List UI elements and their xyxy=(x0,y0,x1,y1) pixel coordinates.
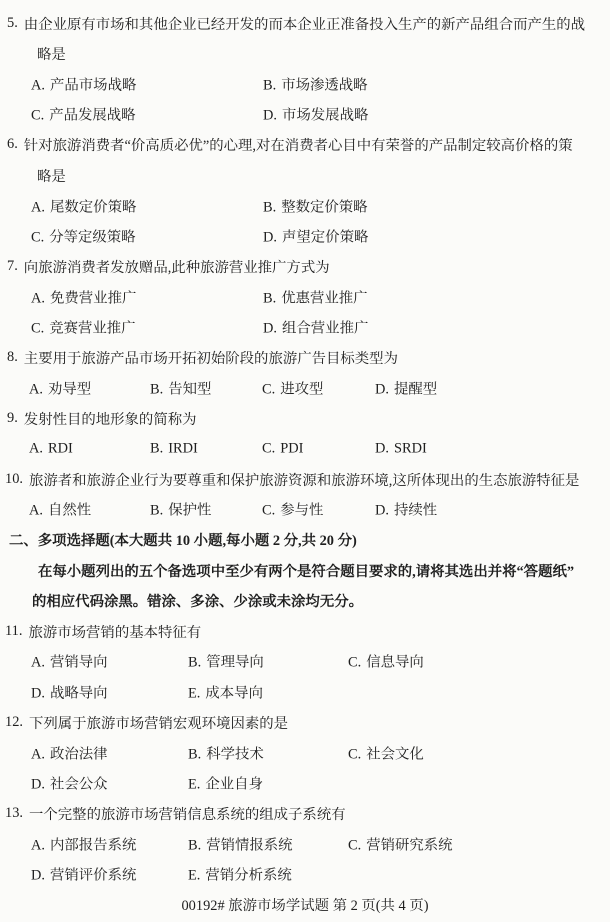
option-label: A. xyxy=(31,199,45,215)
question-11-stem: 11.旅游市场营销的基本特征有 xyxy=(0,616,610,646)
question-12-option-b: B.科学技术 xyxy=(188,742,264,763)
question-7-options-row-2: C.竞赛营业推广 D.组合营业推广 xyxy=(0,312,610,342)
option-text: 营销导向 xyxy=(50,655,108,671)
option-text: 优惠营业推广 xyxy=(281,290,367,306)
question-12-options-row-2: D.社会公众 E.企业自身 xyxy=(0,768,610,798)
question-12-text: 下列属于旅游市场营销宏观环境因素的是 xyxy=(29,712,288,733)
option-text: 保护性 xyxy=(168,503,211,519)
option-text: 营销评价系统 xyxy=(50,868,136,884)
option-text: 市场发展战略 xyxy=(282,108,368,124)
question-6-option-b: B.整数定价策略 xyxy=(263,195,368,216)
question-7-option-c: C.竞赛营业推广 xyxy=(31,317,136,338)
question-9-number: 9. xyxy=(7,410,18,427)
question-13-options-row-2: D.营销评价系统 E.营销分析系统 xyxy=(0,859,610,889)
option-text: 科学技术 xyxy=(206,746,264,762)
question-5-options-row-2: C.产品发展战略 D.市场发展战略 xyxy=(0,99,610,129)
option-label: C. xyxy=(348,746,361,762)
option-text: 企业自身 xyxy=(205,776,263,792)
option-label: D. xyxy=(263,229,277,245)
option-label: C. xyxy=(31,108,44,124)
option-label: A. xyxy=(29,440,43,456)
question-11-option-c: C.信息导向 xyxy=(348,651,424,672)
question-6-options-row-1: A.尾数定价策略 B.整数定价策略 xyxy=(0,190,610,220)
question-8-number: 8. xyxy=(7,349,18,366)
question-6-text-line2: 略是 xyxy=(37,165,66,186)
option-text: 告知型 xyxy=(168,381,211,397)
question-7-option-b: B.优惠营业推广 xyxy=(263,286,368,307)
question-5-text: 由企业原有市场和其他企业已经开发的而本企业正准备投入生产的新产品组合而产生的战 xyxy=(24,13,585,34)
option-label: B. xyxy=(263,290,276,306)
option-label: C. xyxy=(348,655,361,671)
question-10-option-d: D.持续性 xyxy=(375,499,437,520)
question-13-option-c: C.营销研究系统 xyxy=(348,833,453,854)
option-label: A. xyxy=(31,746,45,762)
question-10-option-a: A.自然性 xyxy=(29,499,91,520)
question-12-option-d: D.社会公众 xyxy=(31,772,108,793)
question-10-options-row: A.自然性 B.保护性 C.参与性 D.持续性 xyxy=(0,494,610,524)
option-text: 社会公众 xyxy=(50,776,108,792)
question-9-option-a: A.RDI xyxy=(29,440,73,457)
option-text: 提醒型 xyxy=(394,381,437,397)
option-text: 进攻型 xyxy=(280,381,323,397)
question-8-option-c: C.进攻型 xyxy=(262,377,323,398)
option-text: IRDI xyxy=(168,440,198,456)
option-text: 持续性 xyxy=(394,503,437,519)
option-text: 社会文化 xyxy=(366,746,424,762)
option-text: 营销情报系统 xyxy=(206,837,292,853)
option-text: 尾数定价策略 xyxy=(50,199,136,215)
option-text: 组合营业推广 xyxy=(282,321,368,337)
question-9-option-c: C.PDI xyxy=(262,440,303,457)
option-label: A. xyxy=(29,503,43,519)
question-9-stem: 9.发射性目的地形象的简称为 xyxy=(0,403,610,433)
option-label: D. xyxy=(375,440,389,456)
option-label: A. xyxy=(31,77,45,93)
question-11-options-row-2: D.战略导向 E.成本导向 xyxy=(0,677,610,707)
option-text: 战略导向 xyxy=(50,685,108,701)
question-8-options-row: A.劝导型 B.告知型 C.进攻型 D.提醒型 xyxy=(0,373,610,403)
question-5-stem: 5.由企业原有市场和其他企业已经开发的而本企业正准备投入生产的新产品组合而产生的… xyxy=(0,8,610,38)
question-6-number: 6. xyxy=(7,136,18,153)
option-label: C. xyxy=(262,503,275,519)
question-7-option-d: D.组合营业推广 xyxy=(263,317,368,338)
section-2-header: 二、多项选择题(本大题共 10 小题,每小题 2 分,共 20 分) xyxy=(0,525,610,555)
option-text: 产品市场战略 xyxy=(50,77,136,93)
option-text: 免费营业推广 xyxy=(50,290,136,306)
option-label: D. xyxy=(31,776,45,792)
option-label: C. xyxy=(31,321,44,337)
page-footer: 00192# 旅游市场学试题 第 2 页(共 4 页) xyxy=(0,889,610,919)
question-5-text-line2: 略是 xyxy=(37,43,66,64)
question-11-number: 11. xyxy=(5,623,22,640)
question-12-option-e: E.企业自身 xyxy=(188,772,263,793)
question-7-stem: 7.向旅游消费者发放赠品,此种旅游营业推广方式为 xyxy=(0,251,610,281)
option-label: D. xyxy=(263,108,277,124)
question-13-number: 13. xyxy=(5,805,23,822)
option-text: 参与性 xyxy=(280,503,323,519)
question-9-option-b: B.IRDI xyxy=(150,440,198,457)
question-11-option-b: B.管理导向 xyxy=(188,651,264,672)
question-11-option-a: A.营销导向 xyxy=(31,651,108,672)
option-label: A. xyxy=(31,655,45,671)
question-6-option-a: A.尾数定价策略 xyxy=(31,195,136,216)
option-label: E. xyxy=(188,776,200,792)
option-text: SRDI xyxy=(394,440,427,456)
question-9-option-d: D.SRDI xyxy=(375,440,427,457)
option-text: 管理导向 xyxy=(206,655,264,671)
option-text: 分等定级策略 xyxy=(49,229,135,245)
question-10-option-b: B.保护性 xyxy=(150,499,211,520)
question-10-stem: 10.旅游者和旅游企业行为要尊重和保护旅游资源和旅游环境,这所体现出的生态旅游特… xyxy=(0,464,610,494)
question-8-option-d: D.提醒型 xyxy=(375,377,437,398)
option-text: 营销分析系统 xyxy=(205,868,291,884)
option-label: A. xyxy=(31,290,45,306)
option-label: C. xyxy=(31,229,44,245)
option-text: 信息导向 xyxy=(366,655,424,671)
option-label: B. xyxy=(150,381,163,397)
option-text: 声望定价策略 xyxy=(282,229,368,245)
question-10-number: 10. xyxy=(5,471,23,488)
option-label: B. xyxy=(263,77,276,93)
question-9-options-row: A.RDI B.IRDI C.PDI D.SRDI xyxy=(0,433,610,463)
option-label: D. xyxy=(31,868,45,884)
option-label: B. xyxy=(188,746,201,762)
option-label: B. xyxy=(263,199,276,215)
question-6-stem-continuation: 略是 xyxy=(0,160,610,190)
question-11-text: 旅游市场营销的基本特征有 xyxy=(28,621,201,642)
option-text: 竞赛营业推广 xyxy=(49,321,135,337)
option-label: B. xyxy=(150,440,163,456)
question-13-options-row-1: A.内部报告系统 B.营销情报系统 C.营销研究系统 xyxy=(0,829,610,859)
question-5-option-b: B.市场渗透战略 xyxy=(263,73,368,94)
question-5-option-d: D.市场发展战略 xyxy=(263,104,368,125)
question-6-options-row-2: C.分等定级策略 D.声望定价策略 xyxy=(0,221,610,251)
option-label: B. xyxy=(188,655,201,671)
option-text: 成本导向 xyxy=(205,685,263,701)
option-label: E. xyxy=(188,868,200,884)
question-7-options-row-1: A.免费营业推广 B.优惠营业推广 xyxy=(0,282,610,312)
question-6-option-c: C.分等定级策略 xyxy=(31,225,136,246)
question-6-stem: 6.针对旅游消费者“价高质必优”的心理,对在消费者心目中有荣誉的产品制定较高价格… xyxy=(0,130,610,160)
question-8-stem: 8.主要用于旅游产品市场开拓初始阶段的旅游广告目标类型为 xyxy=(0,342,610,372)
question-7-text: 向旅游消费者发放赠品,此种旅游营业推广方式为 xyxy=(24,256,330,277)
question-7-number: 7. xyxy=(7,258,18,275)
question-10-option-c: C.参与性 xyxy=(262,499,323,520)
option-text: 政治法律 xyxy=(50,746,108,762)
question-5-options-row-1: A.产品市场战略 B.市场渗透战略 xyxy=(0,69,610,99)
option-text: 产品发展战略 xyxy=(49,108,135,124)
option-label: D. xyxy=(375,381,389,397)
footer-text: 00192# 旅游市场学试题 第 2 页(共 4 页) xyxy=(181,894,428,915)
question-11-option-d: D.战略导向 xyxy=(31,681,108,702)
option-label: A. xyxy=(31,837,45,853)
question-12-number: 12. xyxy=(5,714,23,731)
option-label: D. xyxy=(31,685,45,701)
option-label: C. xyxy=(348,837,361,853)
question-5-option-c: C.产品发展战略 xyxy=(31,104,136,125)
question-6-option-d: D.声望定价策略 xyxy=(263,225,368,246)
question-6-text: 针对旅游消费者“价高质必优”的心理,对在消费者心目中有荣誉的产品制定较高价格的策 xyxy=(24,134,573,155)
option-label: E. xyxy=(188,685,200,701)
question-11-option-e: E.成本导向 xyxy=(188,681,263,702)
question-13-option-d: D.营销评价系统 xyxy=(31,864,136,885)
section-2-instruction-line-2: 的相应代码涂黑。错涂、多涂、少涂或未涂均无分。 xyxy=(0,585,610,615)
exam-page: 5.由企业原有市场和其他企业已经开发的而本企业正准备投入生产的新产品组合而产生的… xyxy=(0,0,610,922)
instruction-text: 的相应代码涂黑。错涂、多涂、少涂或未涂均无分。 xyxy=(32,590,363,611)
option-label: D. xyxy=(263,321,277,337)
question-5-stem-continuation: 略是 xyxy=(0,38,610,68)
question-8-text: 主要用于旅游产品市场开拓初始阶段的旅游广告目标类型为 xyxy=(24,347,398,368)
question-12-option-c: C.社会文化 xyxy=(348,742,424,763)
question-9-text: 发射性目的地形象的简称为 xyxy=(24,408,197,429)
question-5-number: 5. xyxy=(7,15,18,32)
question-12-stem: 12.下列属于旅游市场营销宏观环境因素的是 xyxy=(0,707,610,737)
question-13-option-e: E.营销分析系统 xyxy=(188,864,292,885)
question-7-option-a: A.免费营业推广 xyxy=(31,286,136,307)
option-text: 市场渗透战略 xyxy=(281,77,367,93)
option-label: B. xyxy=(150,503,163,519)
option-text: PDI xyxy=(280,440,303,456)
option-text: 劝导型 xyxy=(48,381,91,397)
question-8-option-b: B.告知型 xyxy=(150,377,211,398)
option-label: C. xyxy=(262,440,275,456)
question-8-option-a: A.劝导型 xyxy=(29,377,91,398)
option-text: 内部报告系统 xyxy=(50,837,136,853)
question-13-text: 一个完整的旅游市场营销信息系统的组成子系统有 xyxy=(29,803,346,824)
option-text: 整数定价策略 xyxy=(281,199,367,215)
question-5-option-a: A.产品市场战略 xyxy=(31,73,136,94)
question-12-options-row-1: A.政治法律 B.科学技术 C.社会文化 xyxy=(0,737,610,767)
option-label: B. xyxy=(188,837,201,853)
question-13-option-b: B.营销情报系统 xyxy=(188,833,293,854)
question-10-text: 旅游者和旅游企业行为要尊重和保护旅游资源和旅游环境,这所体现出的生态旅游特征是 xyxy=(29,469,579,490)
section-2-title: 二、多项选择题(本大题共 10 小题,每小题 2 分,共 20 分) xyxy=(9,529,357,550)
instruction-text: 在每小题列出的五个备选项中至少有两个是符合题目要求的,请将其选出并将“答题纸” xyxy=(38,560,574,581)
option-label: D. xyxy=(375,503,389,519)
question-11-options-row-1: A.营销导向 B.管理导向 C.信息导向 xyxy=(0,646,610,676)
section-2-instruction-line-1: 在每小题列出的五个备选项中至少有两个是符合题目要求的,请将其选出并将“答题纸” xyxy=(0,555,610,585)
option-text: RDI xyxy=(48,440,73,456)
question-12-option-a: A.政治法律 xyxy=(31,742,108,763)
option-label: A. xyxy=(29,381,43,397)
option-text: 自然性 xyxy=(48,503,91,519)
option-label: C. xyxy=(262,381,275,397)
option-text: 营销研究系统 xyxy=(366,837,452,853)
question-13-stem: 13.一个完整的旅游市场营销信息系统的组成子系统有 xyxy=(0,798,610,828)
question-13-option-a: A.内部报告系统 xyxy=(31,833,136,854)
